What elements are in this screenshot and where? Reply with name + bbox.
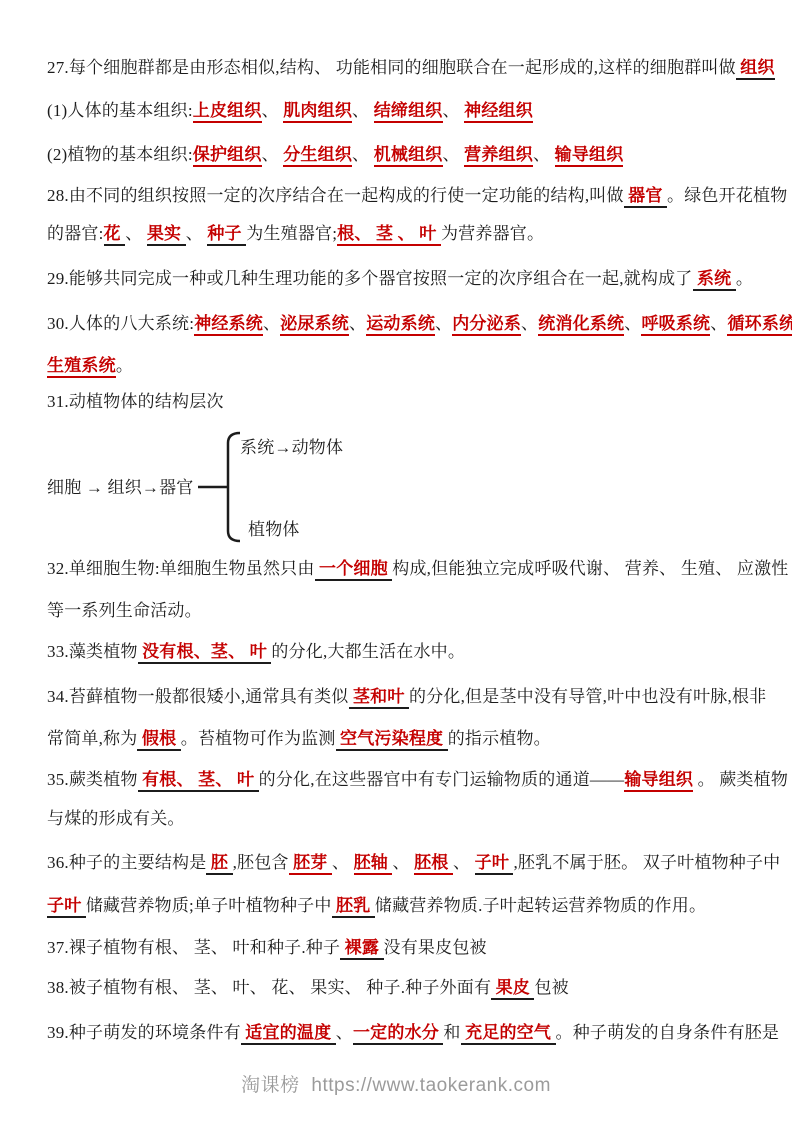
- footer-url: https://www.taokerank.com: [311, 1075, 551, 1096]
- text-segment: 。绿色开花植物: [667, 186, 787, 205]
- answer-blank-text: 胚根: [414, 853, 453, 875]
- text-segment: 33.藻类植物: [47, 642, 138, 661]
- text-segment: 构成,但能独立完成呼吸代谢、 营养、 生殖、 应激性: [392, 559, 788, 578]
- text-segment: 的分化,但是茎中没有导管,叶中也没有叶脉,根非: [409, 687, 766, 706]
- answer-blank-text: 果实: [147, 224, 186, 246]
- item-38: 38.被子植物有根、 茎、 叶、 花、 果实、 种子.种子外面有 果皮 包被: [47, 977, 569, 999]
- text-segment: 38.被子植物有根、 茎、 叶、 花、 果实、 种子.种子外面有: [47, 978, 491, 997]
- text-segment: 32.单细胞生物:单细胞生物虽然只由: [47, 559, 315, 578]
- answer-blank-text: 组织: [736, 58, 775, 80]
- text-segment: 35.蕨类植物: [47, 770, 138, 789]
- answer-blank-text: 胚芽: [289, 853, 332, 875]
- text-segment: 、: [263, 314, 280, 333]
- text-segment: 37.裸子植物有根、 茎、 叶和种子.种子: [47, 938, 340, 957]
- text-segment: 、: [453, 853, 475, 872]
- text-segment: 、: [332, 853, 354, 872]
- text-segment: 、: [710, 314, 727, 333]
- answer-blank-text: 空气污染程度: [336, 729, 448, 751]
- item-27-sub-2: (2)植物的基本组织:保护组织、 分生组织、 机械组织、 营养组织、 输导组织: [47, 144, 623, 166]
- text-segment: 31.动植物体的结构层次: [47, 392, 224, 411]
- text-segment: 、: [521, 314, 538, 333]
- answer-blank-text: 果皮: [491, 978, 534, 1000]
- text-segment: 、: [533, 145, 555, 164]
- footer-site-name: 淘课榜: [241, 1075, 300, 1096]
- item-36-line-2: 子叶 储藏营养物质;单子叶植物种子中 胚乳 储藏营养物质.子叶起转运营养物质的作…: [47, 895, 706, 917]
- text-segment: ,胚乳不属于胚。 双子叶植物种子中: [513, 853, 780, 872]
- text-segment: 的器官:: [47, 224, 104, 243]
- text-segment: 的指示植物。: [448, 729, 551, 748]
- text-segment: 30.人体的八大系统:: [47, 314, 194, 333]
- text-segment: 、: [443, 145, 465, 164]
- text-segment: 28.由不同的组织按照一定的次序结合在一起构成的行使一定功能的结构,叫做: [47, 186, 624, 205]
- text-segment: (1)人体的基本组织:: [47, 101, 193, 120]
- item-34-line-1: 34.苔藓植物一般都很矮小,通常具有类似 茎和叶 的分化,但是茎中没有导管,叶中…: [47, 686, 766, 708]
- text-segment: 与煤的形成有关。: [47, 809, 185, 828]
- text-segment: 、: [262, 101, 284, 120]
- answer-blank-text: 泌尿系统: [280, 314, 349, 336]
- diagram-branch-plant: 植物体: [248, 515, 300, 540]
- answer-blank-text: 裸露: [340, 938, 383, 960]
- text-segment: 为生殖器官;: [246, 224, 337, 243]
- answer-blank-text: 神经系统: [194, 314, 263, 336]
- item-28-line-2: 的器官:花 、 果实 、 种子 为生殖器官;根、 茎 、 叶 为营养器官。: [47, 223, 544, 245]
- answer-blank-text: 运动系统: [366, 314, 435, 336]
- answer-blank-text: 统消化系统: [538, 314, 624, 336]
- item-33: 33.藻类植物 没有根、茎、 叶 的分化,大都生活在水中。: [47, 641, 465, 663]
- text-segment: ,胚包含: [233, 853, 289, 872]
- text-segment: 、: [186, 224, 208, 243]
- answer-blank-text: 没有根、茎、 叶: [138, 642, 272, 664]
- answer-blank-text: 子叶: [475, 853, 514, 875]
- answer-blank-text: 输导组织: [624, 770, 693, 792]
- answer-blank-text: 循环系统: [727, 314, 792, 336]
- answer-blank-text: 花: [104, 224, 126, 246]
- text-segment: 。苔植物可作为监测: [181, 729, 336, 748]
- diagram-branch-animal: 系统→动物体: [240, 433, 343, 458]
- text-segment: 、: [262, 145, 284, 164]
- text-segment: 。: [116, 356, 133, 375]
- text-segment: 34.苔藓植物一般都很矮小,通常具有类似: [47, 687, 349, 706]
- answer-blank-text: 根、 茎 、 叶: [337, 224, 441, 246]
- answer-blank-text: 营养组织: [464, 145, 533, 167]
- text-segment: 储藏营养物质;单子叶植物种子中: [86, 896, 332, 915]
- answer-blank-text: 系统: [693, 269, 736, 291]
- text-segment: 包被: [534, 978, 568, 997]
- item-37: 37.裸子植物有根、 茎、 叶和种子.种子 裸露 没有果皮包被: [47, 937, 487, 959]
- text-segment: 没有果皮包被: [384, 938, 487, 957]
- text-segment: 、: [443, 101, 465, 120]
- answer-blank-text: 胚轴: [354, 853, 393, 875]
- item-35-line-2: 与煤的形成有关。: [47, 808, 185, 830]
- answer-blank-text: 保护组织: [193, 145, 262, 167]
- document-page: 27.每个细胞群都是由形态相似,结构、 功能相同的细胞联合在一起形成的,这样的细…: [0, 0, 792, 1122]
- answer-blank-text: 充足的空气: [461, 1023, 556, 1045]
- answer-blank-text: 生殖系统: [47, 356, 116, 378]
- item-29: 29.能够共同完成一种或几种生理功能的多个器官按照一定的次序组合在一起,就构成了…: [47, 268, 753, 290]
- item-30-line-1: 30.人体的八大系统:神经系统、泌尿系统、运动系统、内分泌系、统消化系统、呼吸系…: [47, 313, 792, 335]
- text-segment: 等一系列生命活动。: [47, 601, 202, 620]
- answer-blank-text: 一个细胞: [315, 559, 393, 581]
- item-32-line-2: 等一系列生命活动。: [47, 600, 202, 622]
- text-segment: 36.种子的主要结构是: [47, 853, 206, 872]
- answer-blank-text: 神经组织: [464, 101, 533, 123]
- text-segment: 常简单,称为: [47, 729, 137, 748]
- text-segment: 和: [443, 1023, 460, 1042]
- text-segment: 、: [336, 1023, 353, 1042]
- text-segment: 储藏营养物质.子叶起转运营养物质的作用。: [375, 896, 706, 915]
- answer-blank-text: 输导组织: [555, 145, 624, 167]
- item-39: 39.种子萌发的环境条件有 适宜的温度 、一定的水分 和 充足的空气 。种子萌发…: [47, 1022, 779, 1044]
- item-35-line-1: 35.蕨类植物 有根、 茎、 叶 的分化,在这些器官中有专门运输物质的通道——输…: [47, 769, 788, 791]
- text-segment: 、: [352, 145, 374, 164]
- answer-blank-text: 有根、 茎、 叶: [138, 770, 259, 792]
- text-segment: 、: [435, 314, 452, 333]
- item-27-line-1: 27.每个细胞群都是由形态相似,结构、 功能相同的细胞联合在一起形成的,这样的细…: [47, 57, 775, 79]
- answer-blank-text: 内分泌系: [452, 314, 521, 336]
- text-segment: 29.能够共同完成一种或几种生理功能的多个器官按照一定的次序组合在一起,就构成了: [47, 269, 693, 288]
- text-segment: 27.每个细胞群都是由形态相似,结构、 功能相同的细胞联合在一起形成的,这样的细…: [47, 58, 736, 77]
- answer-blank-text: 胚乳: [332, 896, 375, 918]
- answer-blank-text: 茎和叶: [349, 687, 410, 709]
- text-segment: 的分化,大都生活在水中。: [271, 642, 465, 661]
- item-31-title: 31.动植物体的结构层次: [47, 391, 224, 413]
- answer-blank-text: 呼吸系统: [641, 314, 710, 336]
- answer-blank-text: 假根: [137, 729, 180, 751]
- answer-blank-text: 种子: [207, 224, 246, 246]
- answer-blank-text: 结缔组织: [374, 101, 443, 123]
- item-28-line-1: 28.由不同的组织按照一定的次序结合在一起构成的行使一定功能的结构,叫做 器官 …: [47, 185, 787, 207]
- answer-blank-text: 机械组织: [374, 145, 443, 167]
- text-segment: 、: [352, 101, 374, 120]
- answer-blank-text: 胚: [206, 853, 232, 875]
- answer-blank-text: 肌肉组织: [283, 101, 352, 123]
- structure-diagram: 细胞 → 组织→器官 系统→动物体 植物体: [0, 425, 792, 550]
- text-segment: (2)植物的基本组织:: [47, 145, 193, 164]
- text-segment: 的分化,在这些器官中有专门运输物质的通道——: [259, 770, 625, 789]
- answer-blank-text: 适宜的温度: [241, 1023, 336, 1045]
- text-segment: 、: [125, 224, 147, 243]
- item-32-line-1: 32.单细胞生物:单细胞生物虽然只由 一个细胞 构成,但能独立完成呼吸代谢、 营…: [47, 558, 788, 580]
- item-27-sub-1: (1)人体的基本组织:上皮组织、 肌肉组织、 结缔组织、 神经组织: [47, 100, 533, 122]
- text-segment: 为营养器官。: [441, 224, 544, 243]
- text-segment: 39.种子萌发的环境条件有: [47, 1023, 241, 1042]
- text-segment: 。种子萌发的自身条件有胚是: [556, 1023, 780, 1042]
- text-segment: 、: [349, 314, 366, 333]
- text-segment: 。 蕨类植物: [693, 770, 788, 789]
- answer-blank-text: 一定的水分: [353, 1023, 443, 1045]
- item-34-line-2: 常简单,称为 假根 。苔植物可作为监测 空气污染程度 的指示植物。: [47, 728, 551, 750]
- diagram-stem-text: 细胞 → 组织→器官: [47, 473, 194, 498]
- item-30-line-2: 生殖系统。: [47, 355, 133, 377]
- text-segment: 。: [736, 269, 753, 288]
- answer-blank-text: 子叶: [47, 896, 86, 918]
- item-36-line-1: 36.种子的主要结构是 胚 ,胚包含 胚芽 、 胚轴 、 胚根 、 子叶 ,胚乳…: [47, 852, 780, 874]
- answer-blank-text: 分生组织: [283, 145, 352, 167]
- answer-blank-text: 上皮组织: [193, 101, 262, 123]
- text-segment: 、: [624, 314, 641, 333]
- footer-watermark: 淘课榜 https://www.taokerank.com: [0, 1070, 792, 1097]
- text-segment: 、: [392, 853, 414, 872]
- answer-blank-text: 器官: [624, 186, 667, 208]
